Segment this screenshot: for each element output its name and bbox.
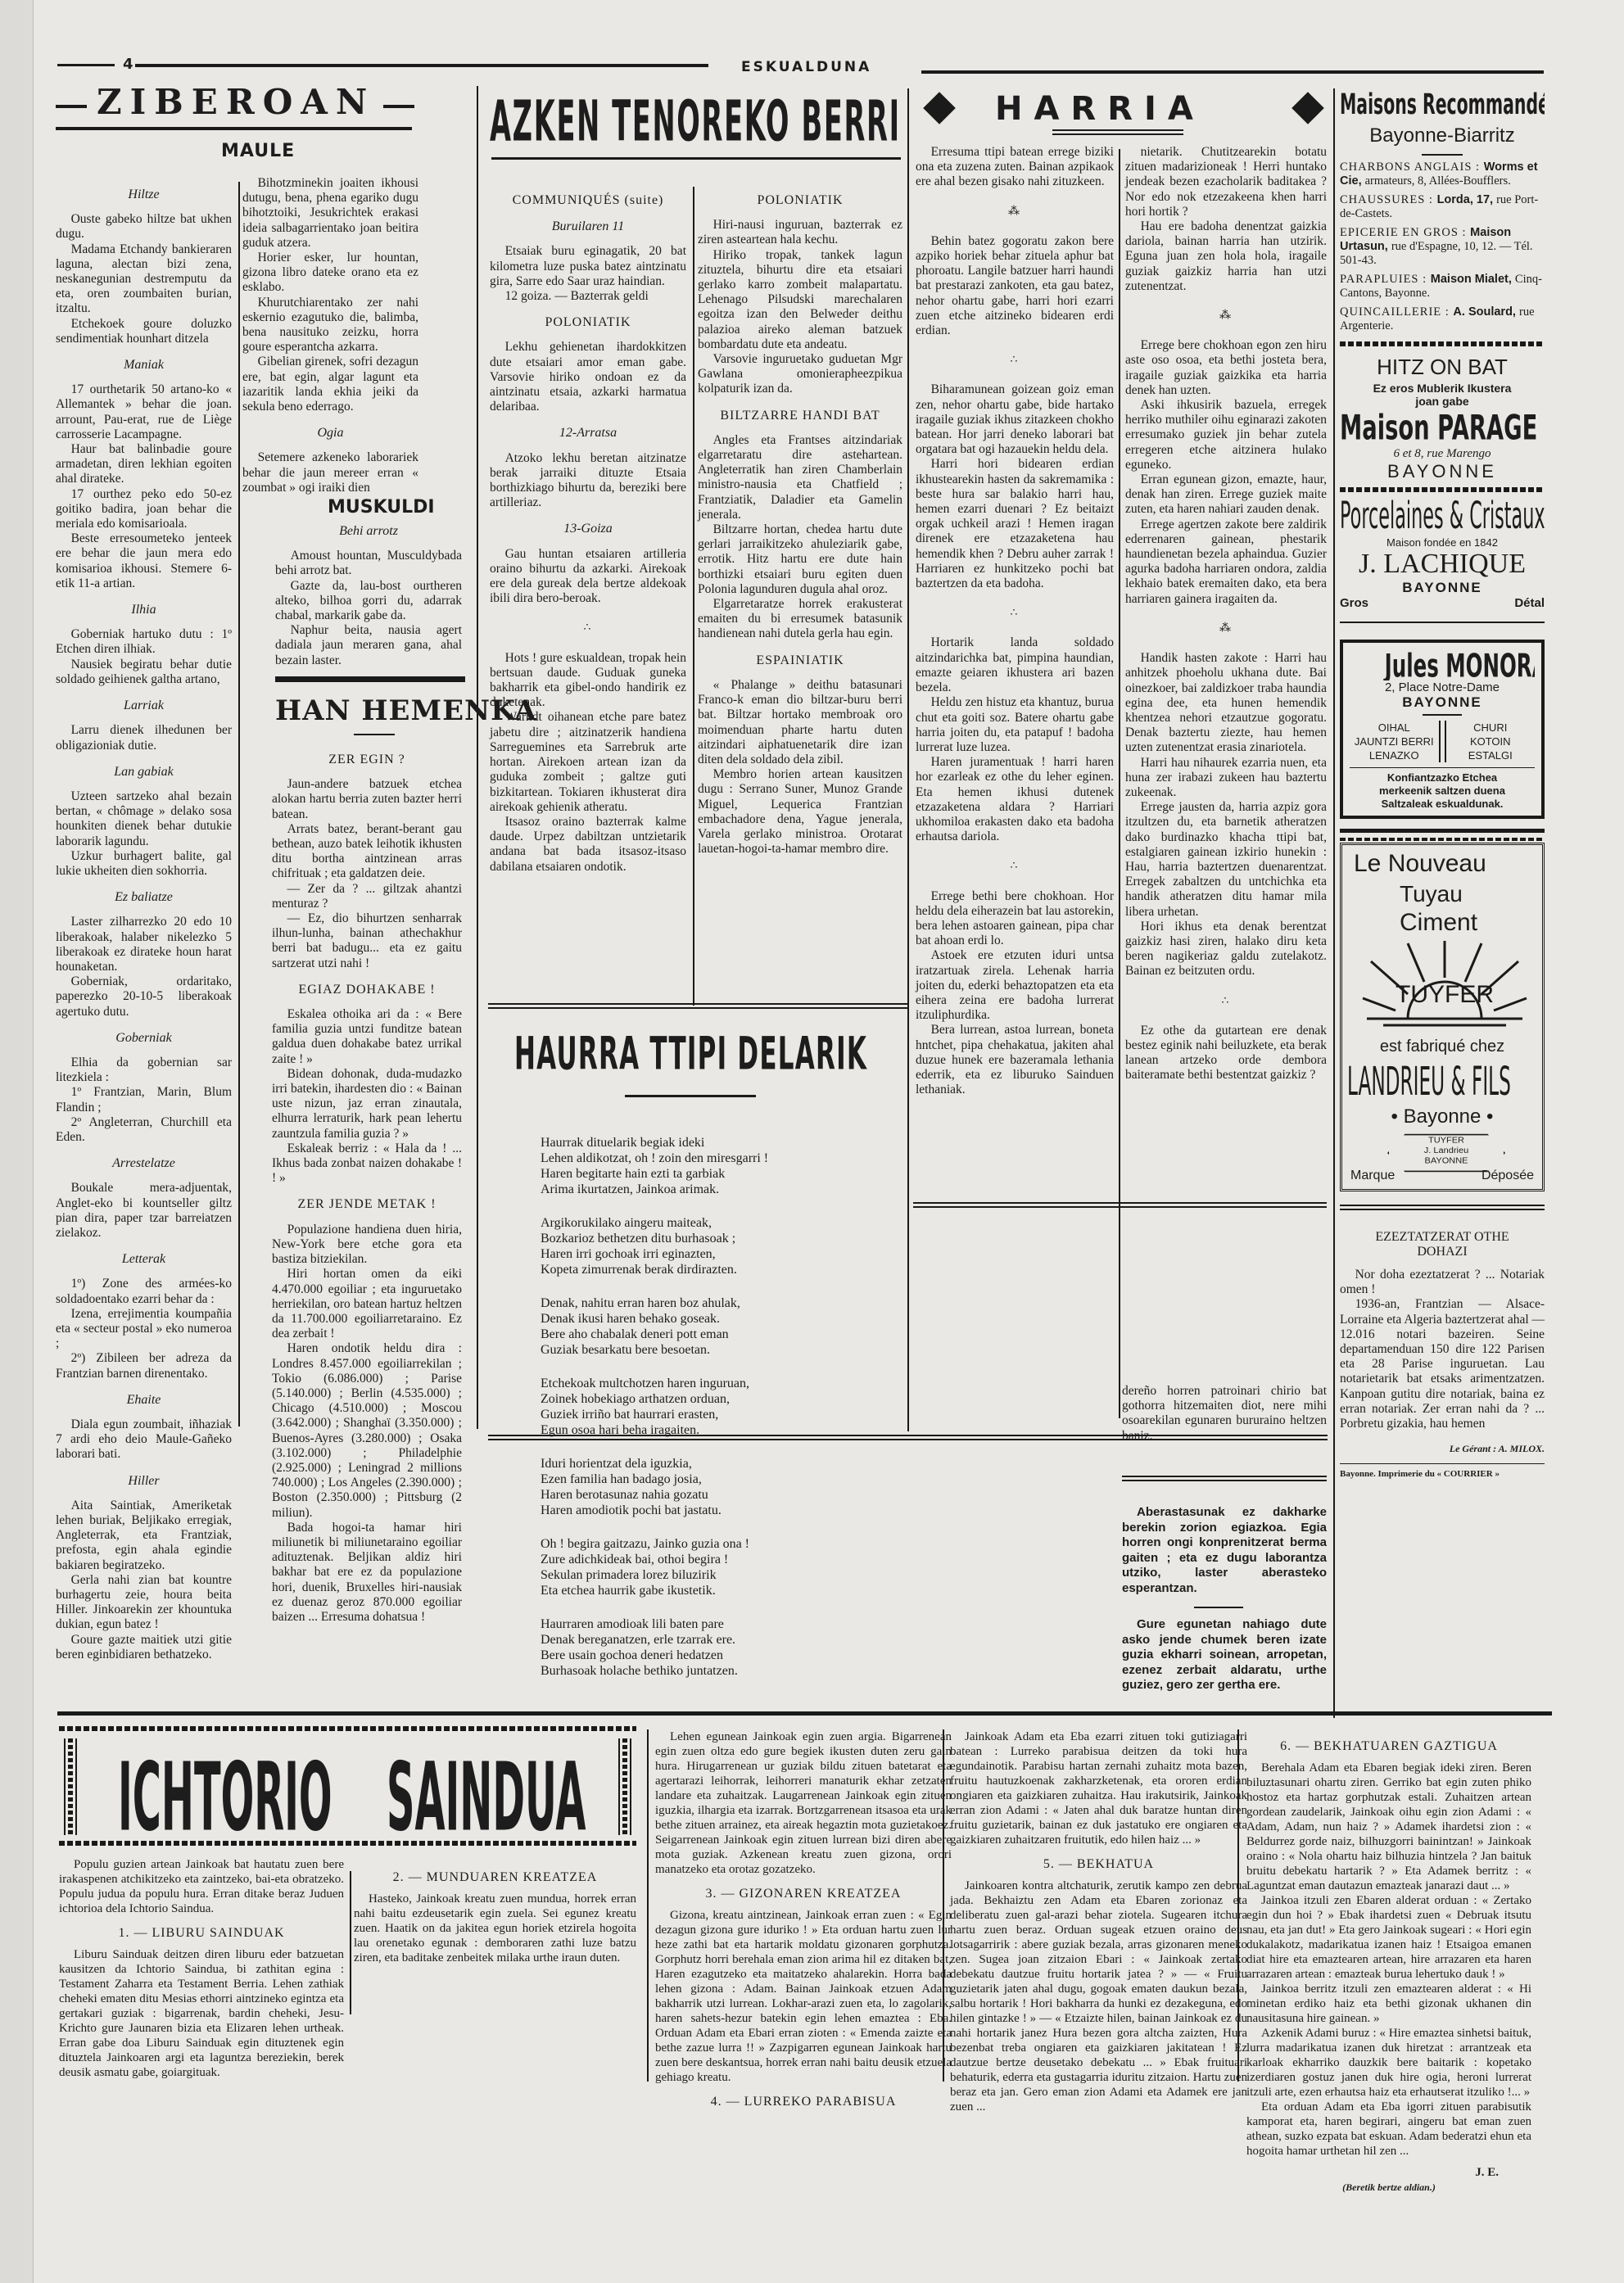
ad-monoran-name: Jules MONORAN (1385, 648, 1535, 680)
paragraph: Atzoko lekhu beretan aitzinatze berak ja… (490, 451, 686, 511)
subheading: Lan gabiak (56, 765, 232, 780)
ad-lachique-founded: Maison fondée en 1842 (1340, 536, 1545, 549)
section-heading: 3. — GIZONAREN KREATZEA (655, 1887, 952, 1901)
subheading: Maniak (56, 358, 232, 373)
asterism-icon: ∴ (490, 621, 686, 635)
paragraph: 1º Frantzian, Marin, Blum Flandin ; (56, 1085, 232, 1114)
paragraph: Eskalea othoika ari da : « Bere familia … (272, 1007, 462, 1067)
paragraph: Hots ! gure eskualdean, tropak hein bert… (490, 651, 686, 711)
diamond-icon (1292, 92, 1324, 124)
section-rule (488, 1003, 907, 1009)
ad-maisons-subtitle: Bayonne-Biarritz (1340, 124, 1545, 147)
ichtorio-title-right: SAINDUA (387, 1743, 586, 1837)
paragraph: Etchekoek goure doluzko sendimentiak hou… (56, 317, 232, 346)
poem-stanza: Oh ! begira gaitzazu, Jainko guzia ona !… (541, 1536, 884, 1598)
poem-line: Haren begitarte hain ezti ta garbiak (541, 1166, 884, 1182)
muskuldi-subheading: Behi arrotz (275, 524, 462, 539)
paragraph: Hortarik landa soldado aitzindarichka ba… (916, 635, 1114, 695)
ad-item: KOTOIN (1446, 735, 1536, 748)
asterism-icon: ⁂ (1125, 309, 1327, 323)
poem-line: Haren berotasunaz nahia gozatu (541, 1487, 884, 1503)
ad-tuyfer-line2: Tuyau (1400, 881, 1463, 907)
section-heading: POLONIATIK (698, 193, 902, 208)
poem-stanza: Argikorukilako aingeru maiteak,Bozkarioz… (541, 1215, 884, 1277)
ad-category: EPICERIE EN GROS : (1340, 226, 1470, 239)
poem-line: Ezen familia han badago josia, (541, 1472, 884, 1487)
paragraph: Gizona, kreatu aintzinean, Jainkoak erra… (655, 1908, 952, 2085)
paragraph: Amoust hountan, Musculdybada behi arrotz… (275, 549, 462, 578)
han-hemenka-col: ZER EGIN ?Jaun-andere batzuek etchea alo… (272, 741, 462, 1625)
paragraph: Goure gazte maitiek utzi gitie beren egi… (56, 1633, 232, 1662)
section-heading: 5. — BEKHATUA (950, 1857, 1247, 1872)
ichtorio-col-4: Jainkoak Adam eta Eba ezarri zituen toki… (950, 1729, 1247, 2114)
section-heading: 6. — BEKHATUAREN GAZTIGUA (1246, 1739, 1531, 1754)
paragraph: Gerla nahi zian bat kountre burhagertu z… (56, 1573, 232, 1633)
page-number: 4 (123, 56, 133, 73)
paragraph: Populazione handiena duen hiria, New-Yor… (272, 1223, 462, 1268)
paragraph: Errege jausten da, harria azpiz gora itz… (1125, 800, 1327, 920)
ad-business-name: A. Soulard, (1453, 305, 1519, 319)
paragraph: Membro horien artean kausitzen dugu : Se… (698, 767, 902, 857)
paragraph: 17 ourthez peko edo 50-ez goitiko badira… (56, 487, 232, 532)
paragraph: Hori ikhus eta denak berentzat gaizkiz h… (1125, 920, 1327, 979)
subheading: Goberniak (56, 1031, 232, 1046)
column-rule (477, 86, 478, 1429)
ad-business-name: Lorda, 17, (1437, 193, 1497, 206)
paragraph: Elgarretaratze horrek erakusterat emaite… (698, 597, 902, 642)
ad-tuyfer: Le Nouveau Tuyau Ciment TUYFER est fabri… (1340, 843, 1545, 1191)
subheading: Buruilaren 11 (490, 219, 686, 234)
ad-monoran-city: BAYONNE (1350, 694, 1535, 711)
poem-line: Guziak besarkatu bere besoetan. (541, 1342, 884, 1358)
column-rule (1237, 1729, 1239, 2082)
ad-entry: CHARBONS ANGLAIS : Worms et Cie, armateu… (1340, 160, 1545, 188)
ziberoan-title: ZIBEROAN (97, 82, 375, 122)
azken-title: AZKEN TENOREKO BERRI (490, 88, 901, 154)
paragraph: « Phalange » deithu batasunari Franco-k … (698, 678, 902, 767)
paragraph: Harri hau nihaurek ezarria nuen, eta hun… (1125, 756, 1327, 801)
short-rule (1194, 1607, 1243, 1608)
paragraph: 1936-an, Frantzian — Alsace-Lorraine eta… (1340, 1297, 1545, 1431)
ad-category: PARAPLUIES : (1340, 273, 1431, 286)
paragraph: Horier esker, lur hountan, gizona libro … (242, 251, 418, 296)
paragraph: Izena, errejimentia koumpañia eta « sect… (56, 1307, 232, 1352)
muskuldi-heading: MUSKULDI (328, 497, 435, 518)
diamond-icon (923, 92, 956, 124)
paragraph: Angles eta Frantses aitzindariak elgarre… (698, 433, 902, 522)
paragraph: Etsaiak buru eginagatik, 20 bat kilometr… (490, 244, 686, 289)
ad-entry: QUINCAILLERIE : A. Soulard, rue Argenter… (1340, 305, 1545, 333)
paragraph: Azkenik Adami buruz : « Hire emaztea sin… (1246, 2026, 1531, 2100)
poem-stanza: Haurrak dituelarik begiak idekiLehen ald… (541, 1135, 884, 1197)
poem-line: Lehen aldikotzat, oh ! zoin den miresgar… (541, 1151, 884, 1166)
paragraph: Lehen egunean Jainkoak egin zuen argia. … (655, 1729, 952, 1877)
paragraph: Haur bat balinbadie goure armadetan, dir… (56, 442, 232, 487)
section-heading: EGIAZ DOHAKABE ! (272, 983, 462, 997)
ad-lachique-name: J. LACHIQUE (1340, 549, 1545, 580)
continued-note: (Beretik bertze aldian.) (1246, 2180, 1531, 2195)
paragraph: Eskaleak berriz : « Hala da ! ... Ikhus … (272, 1141, 462, 1187)
subheading: Hiller (56, 1474, 232, 1489)
ad-tuyfer-line3: Ciment (1400, 909, 1477, 937)
page-rule (57, 1711, 1552, 1716)
azken-heading: AZKEN TENOREKO BERRI (490, 88, 903, 154)
section-heading: 1. — LIBURU SAINDUAK (59, 1926, 344, 1941)
azken-right-col: POLONIATIKHiri-nausi inguruan, bazterrak… (698, 182, 902, 857)
azken-left-col: COMMUNIQUÉS (suite)Buruilaren 11Etsaiak … (490, 182, 686, 875)
paragraph: Boukale mera-adjuentak, Anglet-eko bi ko… (56, 1181, 232, 1241)
ad-tuyfer-city: • Bayonne • (1342, 1105, 1542, 1128)
ad-parage-city: BAYONNE (1340, 461, 1545, 482)
paragraph: Setemere azkeneko laborariek behar die j… (242, 450, 418, 495)
ad-business-name: Maison Mialet, (1431, 273, 1515, 286)
paragraph: 12 goiza. — Bazterrak geldi (490, 289, 686, 304)
paragraph: Behin batez gogoratu zakon bere azpiko h… (916, 234, 1114, 338)
azken-underline (491, 157, 901, 160)
paragraph: Heldu zen histuz eta khantuz, burua chut… (916, 695, 1114, 755)
paragraph: Uzkur burhagert balite, gal lukie ukheit… (56, 849, 232, 879)
subheading: Letterak (56, 1252, 232, 1267)
paragraph: Erran egunean gizon, emazte, haur, denak… (1125, 472, 1327, 518)
poem-line: Bozkarioz bethetzen ditu burhasoak ; (541, 1231, 884, 1246)
poem-line: Kopeta zimurrenak berak dirdirazten. (541, 1262, 884, 1277)
paragraph: Hiriko tropak, tankek lagun zituztela, b… (698, 248, 902, 352)
paragraph: Liburu Sainduak deitzen diren liburu ede… (59, 1947, 344, 2080)
paragraph: Ouste gabeko hiltze bat ukhen dugu. (56, 212, 232, 242)
ad-tuyfer-made: est fabriqué chez (1342, 1038, 1542, 1056)
poem-line: Argikorukilako aingeru maiteak, (541, 1215, 884, 1231)
paragraph: Hasteko, Jainkoak kreatu zuen mundua, ho… (354, 1892, 636, 1965)
poem-line: Denak bereganatzen, erle tzarrak ere. (541, 1632, 884, 1648)
paragraph: Arrats batez, berant-berant gau bethean,… (272, 822, 462, 882)
maule-heading: MAULE (221, 141, 295, 161)
paragraph: Bidean dohonak, duda-mudazko irri bateki… (272, 1067, 462, 1141)
ad-entry: PARAPLUIES : Maison Mialet, Cinq-Cantons… (1340, 273, 1545, 301)
ad-entry: EPICERIE EN GROS : Maison Urtasun, rue d… (1340, 226, 1545, 268)
paragraph: Errege bethi bere chokhoan. Hor heldu de… (916, 889, 1114, 949)
haurra-title: HAURRA TTIPI DELARIK (514, 1028, 867, 1080)
paragraph: Larru dienek ilhedunen ber obligazioniak… (56, 723, 232, 753)
poem-line: Haurrak dituelarik begiak ideki (541, 1135, 884, 1151)
harria-title: HARRIA (995, 90, 1205, 128)
poem-line: Bere aho chabalak deneri pott eman (541, 1327, 884, 1342)
ad-tuyfer-mark: Marque (1350, 1169, 1395, 1183)
poem-line: Sekulan primadera lorez biluzirik (541, 1567, 884, 1583)
paper-name: ESKUALDUNA (741, 59, 871, 75)
paragraph: Uzteen sartzeko ahal bezain bertan, « ch… (56, 789, 232, 849)
ad-category: CHARBONS ANGLAIS : (1340, 160, 1484, 174)
paragraph: Nausiek begiratu behar dutie soldado gei… (56, 658, 232, 687)
ad-item: CHURI (1446, 721, 1536, 735)
ichtorio-banner: ICHTORIO SAINDUA (59, 1726, 636, 1849)
paragraph: Aski ihkusirik bazuela, erregek herriko … (1125, 398, 1327, 472)
paragraph: Bera lurrean, astoa lurrean, boneta hntc… (916, 1023, 1114, 1097)
paragraph: Haren juramentuak ! harri haren hor ezar… (916, 755, 1114, 844)
ziberoan-right-col: Bihotzminekin joaiten ikhousi dutugu, be… (242, 176, 418, 495)
ad-parage-address: 6 et 8, rue Marengo (1340, 447, 1545, 461)
maxim-2: Gure egunetan nahiago dute asko jende ch… (1122, 1617, 1327, 1693)
paragraph: 17 ourthetarik 50 artano-ko « Allemantek… (56, 382, 232, 442)
paragraph: Goberniak hartuko dutu : 1º Etchen diren… (56, 627, 232, 657)
column-rule (1119, 149, 1120, 1418)
imprimerie: Bayonne. Imprimerie du « COURRIER » (1340, 1469, 1545, 1479)
paragraph: nietarik. Chutitzearekin botatu zituen m… (1125, 145, 1327, 219)
paragraph: Bada hogoi-ta hamar hiri miliunetik bi m… (272, 1521, 462, 1625)
harria-right-col: nietarik. Chutitzearekin botatu zituen m… (1125, 145, 1327, 1083)
ad-tuyfer-line1: Le Nouveau (1354, 850, 1486, 878)
asterism-icon: ∴ (916, 606, 1114, 621)
paragraph: Gau huntan etsaiaren artilleria oraino b… (490, 547, 686, 607)
masthead-rule-right (921, 70, 1544, 74)
ad-slogan-line: Konfiantzazko Etchea (1350, 771, 1535, 784)
paragraph: 2º Angleterran, Churchill eta Eden. (56, 1115, 232, 1145)
ad-monoran: Jules MONORAN 2, Place Notre-Dame BAYONN… (1340, 640, 1545, 819)
masthead-rule (135, 64, 708, 67)
poem-line: Eta etchea haurrik gabe ikustetik. (541, 1583, 884, 1598)
ad-category: QUINCAILLERIE : (1340, 305, 1453, 319)
paragraph: Jainkoaren kontra altchaturik, zerutik k… (950, 1878, 1247, 2114)
gerant: Le Gérant : A. MILOX. (1340, 1443, 1545, 1455)
poem-line: Haren amodiotik pochi bat jastatu. (541, 1503, 884, 1518)
poem-stanza: Etchekoak multchotzen haren inguruan,Zoi… (541, 1376, 884, 1438)
stamp-line: J. Landrieu (1389, 1146, 1504, 1156)
paragraph: Jaun-andere batzuek etchea alokan hartu … (272, 777, 462, 822)
column-rule (943, 1729, 944, 2082)
section-rule (275, 676, 465, 682)
paragraph: Errege bere chokhoan egon zen hiru aste … (1125, 338, 1327, 398)
ad-item: LENAZKO (1350, 748, 1439, 762)
ad-item: JAUNTZI BERRI (1350, 735, 1439, 748)
muskuldi-col: Behi arrotz Amoust hountan, Musculdybada… (275, 524, 462, 668)
ad-tuyfer-maker: LANDRIEU & FILS (1347, 1060, 1511, 1101)
asterism-icon: ⁂ (916, 205, 1114, 219)
paragraph: Aita Saintiak, Ameriketak lehen buriak, … (56, 1499, 232, 1573)
paragraph: Ez othe da gutartean ere denak bestez eg… (1125, 1024, 1327, 1083)
ad-entry: CHAUSSURES : Lorda, 17, rue Port-de-Cast… (1340, 193, 1545, 221)
section-heading: POLONIATIK (490, 315, 686, 330)
paragraph: Diala egun zoumbait, iñhaziak 7 ardi eho… (56, 1417, 232, 1462)
signature: J. E. (1246, 2165, 1499, 2180)
ichtorio-title-left: ICHTORIO (118, 1743, 332, 1837)
poem-line: Haren irri gochoak irri eginazten, (541, 1246, 884, 1262)
sunrise-icon: TUYFER (1359, 937, 1531, 1027)
ad-parage-line3: joan gabe (1340, 395, 1545, 408)
paragraph: Madama Etchandy bankieraren laguna, alec… (56, 242, 232, 317)
paragraph: — Ez, dio bihurtzen senharrak ilhun-lunh… (272, 911, 462, 971)
ad-lachique-detal: Détal (1514, 596, 1545, 610)
ad-category: CHAUSSURES : (1340, 193, 1437, 206)
paragraph: 1º) Zone des armées-ko soldadoentako eza… (56, 1277, 232, 1306)
ad-item: ESTALGI (1446, 748, 1536, 762)
subheading: Ehaite (56, 1393, 232, 1408)
paragraph: Khurutchiarentako zer nahi eskernio ezag… (242, 296, 418, 355)
column-rule (693, 187, 694, 1006)
paragraph: Varsovie inguruetako guduetan Mgr Gawlan… (698, 352, 902, 397)
poem-line: Guziek irriño bat haurrari erasten, (541, 1407, 884, 1422)
paragraph: Hiri-nausi inguruan, bazterrak ez ziren … (698, 218, 902, 247)
paragraph: Naphur beita, nausia agert dadiala jaun … (275, 623, 462, 668)
paragraph: Bihotzminekin joaiten ikhousi dutugu, be… (242, 176, 418, 251)
ziberoan-underline (56, 127, 412, 130)
stamp-line: BAYONNE (1389, 1156, 1504, 1167)
harria-left-col: Erresuma ttipi batean errege biziki ona … (916, 145, 1114, 1097)
paragraph: Jainkoak Adam eta Eba ezarri zituen toki… (950, 1729, 1247, 1847)
section-rule (488, 1435, 1328, 1440)
paragraph: Handik hasten zakote : Harri hau anhitze… (1125, 651, 1327, 755)
subheading: Hiltze (56, 188, 232, 202)
subheading: Ez baliatze (56, 890, 232, 905)
poem-line: Bere usain gochoa deneri hedatzen (541, 1648, 884, 1663)
ezeztatzerat-heading: EZEZTATZERAT OTHE DOHAZI (1356, 1230, 1528, 1259)
ichtorio-col-2: 2. — MUNDUAREN KREATZEAHasteko, Jainkoak… (354, 1860, 636, 1965)
paragraph: Laster zilharrezko 20 edo 10 liberakoak,… (56, 915, 232, 974)
ad-slogan-line: merkeenik saltzen duena (1350, 784, 1535, 798)
section-heading: BILTZARRE HANDI BAT (698, 409, 902, 423)
column-rule (907, 88, 909, 1431)
ichtorio-col-5: 6. — BEKHATUAREN GAZTIGUABerehala Adam e… (1246, 1729, 1531, 2195)
paragraph: — Zer da ? ... giltzak ahantzi menturaz … (272, 882, 462, 911)
poem-line: Iduri horientzat dela iguzkia, (541, 1456, 884, 1472)
paragraph: Erresuma ttipi batean errege biziki ona … (916, 145, 1114, 190)
section-heading: COMMUNIQUÉS (suite) (490, 193, 686, 208)
ziberoan-left-col: HiltzeOuste gabeko hiltze bat ukhen dugu… (56, 176, 232, 1662)
paragraph: Gibelian girenek, sofri dezagun ere, bat… (242, 355, 418, 414)
paragraph: Astoek ere etzuten iduri untsa iratzartu… (916, 948, 1114, 1023)
section-heading: ESPAINIATIK (698, 653, 902, 668)
section-heading: 2. — MUNDUAREN KREATZEA (354, 1870, 636, 1885)
section-heading: ZER EGIN ? (272, 753, 462, 767)
ad-item: OIHAL (1350, 721, 1439, 735)
ad-lachique-city: BAYONNE (1340, 580, 1545, 596)
poem-line: Etchekoak multchotzen haren inguruan, (541, 1376, 884, 1391)
section-rule (1122, 1476, 1327, 1481)
paragraph: Lekhu gehienetan ihardokkitzen dute etsa… (490, 340, 686, 414)
short-rule (354, 734, 395, 735)
paragraph: 2º) Zibileen ber adreza da Frantzian bar… (56, 1351, 232, 1381)
paragraph: Goberniak, ordaritako, paperezko 20-10-5… (56, 974, 232, 1019)
paragraph: Errege agertzen zakote bere zaldirik ede… (1125, 518, 1327, 607)
ad-lachique-title: Porcelaines & Cristaux (1340, 495, 1545, 536)
ad-slogan-line: Saltzaleak eskualdunak. (1350, 798, 1535, 811)
subheading: Ogia (242, 426, 418, 441)
ad-lachique-gros: Gros (1340, 596, 1368, 610)
poem-stanza: Iduri horientzat dela iguzkia,Ezen famil… (541, 1456, 884, 1518)
column-rule (350, 1871, 351, 2014)
paragraph: Beste erresoumeteko jentеek ere behar di… (56, 531, 232, 591)
haurra-heading: HAURRA TTIPI DELARIK (514, 1028, 891, 1085)
asterism-icon: ∴ (916, 859, 1114, 874)
ezeztatzerat-body: Nor doha ezeztatzerat ? ... Notariak ome… (1340, 1268, 1545, 1431)
paragraph: Nor doha ezeztatzerat ? ... Notariak ome… (1340, 1268, 1545, 1297)
paragraph: Biltzarre hortan, chedea hartu dute gerl… (698, 522, 902, 597)
paragraph: Berehala Adam eta Ebaren begiak ideki zi… (1246, 1761, 1531, 1893)
svg-text:TUYFER: TUYFER (1396, 981, 1494, 1008)
subheading: Larriak (56, 698, 232, 713)
short-rule (625, 1095, 756, 1097)
section-heading: 4. — LURREKO PARABISUA (655, 2095, 952, 2109)
poem-line: Arima ikurtatzen, Jainkoa arimak. (541, 1182, 884, 1197)
ziberoan-header: ZIBEROAN (56, 82, 416, 124)
column-rule (647, 1729, 649, 2082)
section-rule (913, 1202, 1327, 1208)
poem-stanza: Haurraren amodioak lili baten pareDenak … (541, 1616, 884, 1679)
harria-underline (1052, 129, 1183, 135)
paragraph: Eta orduan Adam eta Eba igorri zituen pa… (1246, 2100, 1531, 2159)
column-rule (238, 182, 240, 1426)
haurra-poem: Haurrak dituelarik begiak idekiLehen ald… (541, 1135, 884, 1697)
ad-address: armateurs, 8, Allées-Boufflers. (1365, 174, 1511, 188)
paragraph: Hau ere badoha denentzat gaizkia dariola… (1125, 219, 1327, 294)
poem-line: Denak ikusi haren behako goseak. (541, 1311, 884, 1327)
poem-line: Denak, nahitu erran haren boz ahulak, (541, 1295, 884, 1311)
scan-edge (0, 0, 34, 2283)
poem-stanza: Denak, nahitu erran haren boz ahulak,Den… (541, 1295, 884, 1358)
subheading: Ilhia (56, 603, 232, 617)
asterism-icon: ∴ (916, 353, 1114, 368)
poem-line: Zure adichkideak bai, othoi begira ! (541, 1552, 884, 1567)
ad-maisons: Maisons Recommandées Bayonne-Biarritz CH… (1340, 88, 1545, 1479)
paragraph: Warndt oihanean etche pare batez jabetu … (490, 710, 686, 814)
paragraph: Haren ondotik heldu dira : Londres 8.457… (272, 1341, 462, 1520)
subheading: Arrestelatze (56, 1156, 232, 1171)
poem-line: Zoinek hobekiago arthatzen orduan, (541, 1391, 884, 1407)
ad-tuyfer-stamp: TUYFERJ. LandrieuBAYONNE (1387, 1134, 1505, 1173)
paragraph: Jainkoa itzuli zen Ebaren alderat orduan… (1246, 1893, 1531, 1982)
poem-line: Oh ! begira gaitzazu, Jainko guzia ona ! (541, 1536, 884, 1552)
stamp-line: TUYFER (1389, 1135, 1504, 1146)
ad-parage-line2: Ez eros Mublerik Ikustera (1340, 382, 1545, 395)
maxim-1: Aberastasunak ez dakharke berekin zorion… (1122, 1505, 1327, 1596)
subheading: 13-Goiza (490, 522, 686, 536)
section-heading: ZER JENDE METAK ! (272, 1197, 462, 1212)
ad-monoran-address: 2, Place Notre-Dame (1350, 680, 1535, 694)
poem-line: Burhasoak holache bethiko juntatzen. (541, 1663, 884, 1679)
ad-maisons-title: Maisons Recommandées (1340, 88, 1545, 121)
ad-parage-name: Maison PARAGE (1340, 408, 1537, 445)
column-rule (1333, 88, 1335, 1718)
subheading: 12-Arratsa (490, 426, 686, 441)
ad-tuyfer-deposee: Déposée (1482, 1169, 1534, 1183)
asterism-icon: ⁂ (1125, 622, 1327, 636)
paragraph: Biharamunean goizean goiz eman zen, neho… (916, 382, 1114, 457)
paragraph: Populu guzien artean Jainkoak bat hautat… (59, 1857, 344, 1916)
paragraph: Harri hori bidearen erdian ikhustearekin… (916, 457, 1114, 591)
paragraph: Hiri hortan omen da eiki 4.470.000 egoil… (272, 1267, 462, 1341)
ad-parage-line1: HITZ ON BAT (1340, 355, 1545, 380)
ichtorio-col-1: Populu guzien artean Jainkoak bat hautat… (59, 1857, 344, 2080)
poem-line: Haurraren amodioak lili baten pare (541, 1616, 884, 1632)
paragraph: Itsasoz oraino bazterrak kalme daude. Ur… (490, 815, 686, 875)
masthead-rule-left (57, 64, 115, 66)
asterism-icon: ∴ (1125, 994, 1327, 1009)
paragraph: Jainkoa berritz itzuli zen emaztearen al… (1246, 1982, 1531, 2026)
paragraph: Elhia da gobernian sar litezkiela : (56, 1056, 232, 1085)
paragraph: Gazte da, lau-bost ourtheren alteko, bil… (275, 579, 462, 624)
ichtorio-col-3: Lehen egunean Jainkoak egin zuen argia. … (655, 1729, 952, 2116)
